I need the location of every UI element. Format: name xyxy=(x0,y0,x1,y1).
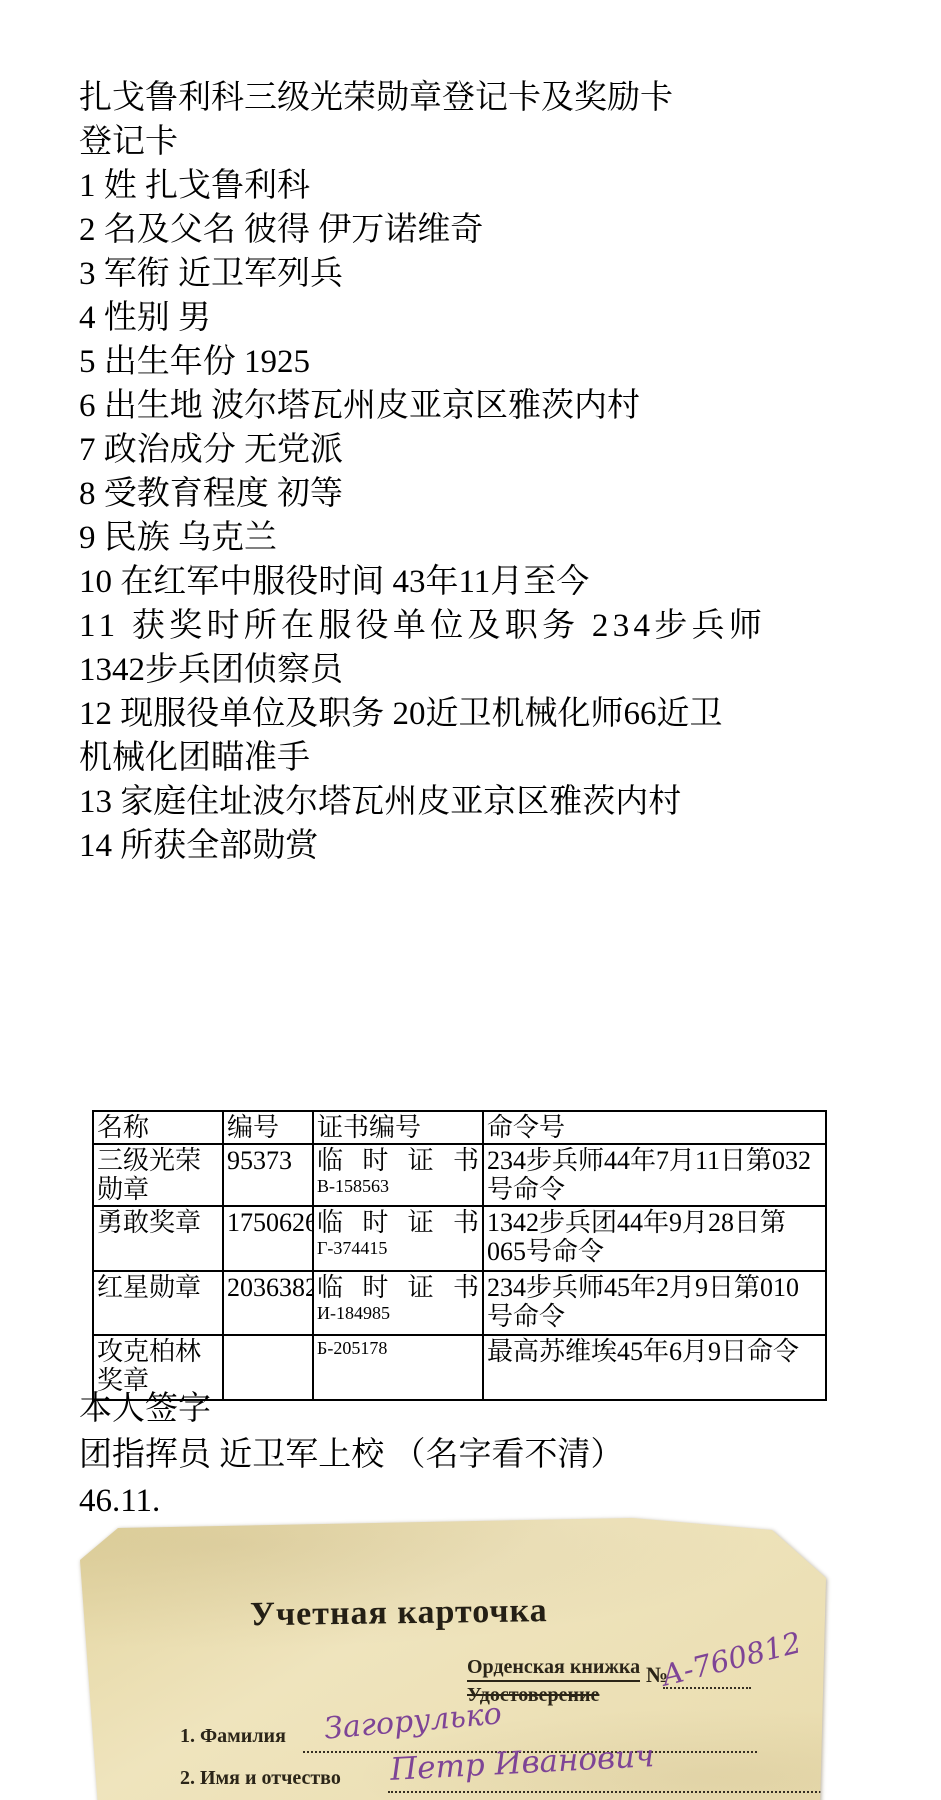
cell-medal-name: 红星勋章 xyxy=(93,1271,223,1335)
signature-block: 本人签字 团指挥员 近卫军上校 （名字看不清） 46.11. xyxy=(79,1386,891,1524)
text-line: 11 获奖时所在服役单位及职务 234步兵师 xyxy=(79,604,891,648)
cell-order: 234步兵师44年7月11日第032号命令 xyxy=(483,1144,826,1206)
name-patronymic-label: 2. Имя и отчество xyxy=(180,1767,341,1790)
table-row: 三级光荣勋章 95373 临 时 证 书 В-158563 234步兵师44年7… xyxy=(93,1144,826,1206)
table-row: 红星勋章 2036382 临 时 证 书 И-184985 234步兵师45年2… xyxy=(93,1271,826,1335)
text-line: 13 家庭住址波尔塔瓦州皮亚京区雅茨内村 xyxy=(79,780,891,824)
text-line: 9 民族 乌克兰 xyxy=(79,516,891,560)
text-line: 登记卡 xyxy=(79,120,891,164)
handwritten-surname: Загорулько xyxy=(323,1696,503,1746)
scan-paper: Учетная карточка Орденская книжка Удосто… xyxy=(72,1516,830,1800)
header-cell-certificate: 证书编号 xyxy=(313,1111,483,1144)
cell-certificate: 临 时 证 书 Г-374415 xyxy=(313,1206,483,1271)
text-line-title: 扎戈鲁利科三级光荣勋章登记卡及奖励卡 xyxy=(79,76,891,120)
cell-certificate: 临 时 证 书 В-158563 xyxy=(313,1144,483,1206)
cell-order: 234步兵师45年2月9日第010号命令 xyxy=(483,1271,826,1335)
certificate-number: Б-205178 xyxy=(317,1337,479,1359)
text-line: 4 性别 男 xyxy=(79,296,891,340)
table-row: 勇敢奖章 1750626 临 时 证 书 Г-374415 1342步兵团44年… xyxy=(93,1206,826,1271)
text-line: 10 在红军中服役时间 43年11月至今 xyxy=(79,560,891,604)
certificate-number: В-158563 xyxy=(317,1175,479,1197)
cell-medal-number: 2036382 xyxy=(223,1271,313,1335)
text-line: 12 现服役单位及职务 20近卫机械化师66近卫 xyxy=(79,692,891,736)
text-line: 3 军衔 近卫军列兵 xyxy=(79,252,891,296)
name-fill-line xyxy=(388,1791,832,1793)
surname-label: 1. Фамилия xyxy=(180,1725,286,1748)
table-header-row: 名称 编号 证书编号 命令号 xyxy=(93,1111,826,1144)
awards-table: 名称 编号 证书编号 命令号 三级光荣勋章 95373 临 时 证 书 В-15… xyxy=(92,1110,827,1401)
cell-medal-number: 1750626 xyxy=(223,1206,313,1271)
text-line: 2 名及父名 彼得 伊万诺维奇 xyxy=(79,208,891,252)
text-line: 7 政治成分 无党派 xyxy=(79,428,891,472)
cell-certificate: 临 时 证 书 И-184985 xyxy=(313,1271,483,1335)
text-line: 1342步兵团侦察员 xyxy=(79,648,891,692)
certificate-type: 临 时 证 书 xyxy=(317,1208,479,1237)
commander-line: 团指挥员 近卫军上校 （名字看不清） xyxy=(79,1432,891,1478)
header-cell-name: 名称 xyxy=(93,1111,223,1144)
text-line: 6 出生地 波尔塔瓦州皮亚京区雅茨内村 xyxy=(79,384,891,428)
cell-medal-number: 95373 xyxy=(223,1144,313,1206)
text-line: 机械化团瞄准手 xyxy=(79,736,891,780)
registration-card-text: 扎戈鲁利科三级光荣勋章登记卡及奖励卡 登记卡 1 姓 扎戈鲁利科 2 名及父名 … xyxy=(79,76,891,868)
cell-medal-name: 三级光荣勋章 xyxy=(93,1144,223,1206)
page: 扎戈鲁利科三级光荣勋章登记卡及奖励卡 登记卡 1 姓 扎戈鲁利科 2 名及父名 … xyxy=(0,0,941,1800)
cell-medal-name: 勇敢奖章 xyxy=(93,1206,223,1271)
scan-title: Учетная карточка xyxy=(250,1592,580,1635)
handwritten-number: А-760812 xyxy=(658,1625,804,1692)
certificate-number: И-184985 xyxy=(317,1302,479,1324)
text-line: 1 姓 扎戈鲁利科 xyxy=(79,164,891,208)
certificate-type: 临 时 证 书 xyxy=(317,1273,479,1302)
certificate-type: 临 时 证 书 xyxy=(317,1146,479,1175)
cell-order: 1342步兵团44年9月28日第065号命令 xyxy=(483,1206,826,1271)
header-cell-order: 命令号 xyxy=(483,1111,826,1144)
header-cell-number: 编号 xyxy=(223,1111,313,1144)
handwritten-name: Петр Иванович xyxy=(389,1738,655,1788)
scan-document: Учетная карточка Орденская книжка Удосто… xyxy=(72,1516,830,1800)
text-line: 5 出生年份 1925 xyxy=(79,340,891,384)
order-book-label: Орденская книжка xyxy=(467,1656,640,1682)
signature-line: 本人签字 xyxy=(79,1386,891,1432)
text-line: 14 所获全部勋赏 xyxy=(79,824,891,868)
certificate-number: Г-374415 xyxy=(317,1237,479,1259)
text-line: 8 受教育程度 初等 xyxy=(79,472,891,516)
